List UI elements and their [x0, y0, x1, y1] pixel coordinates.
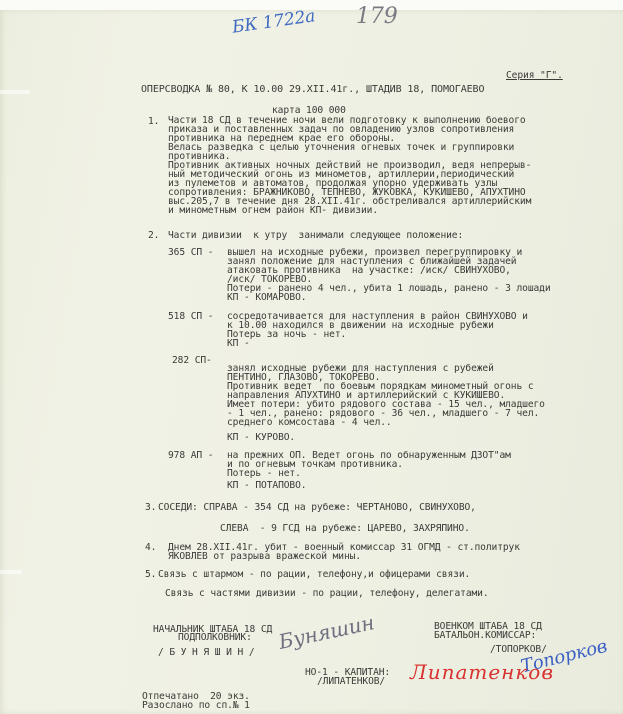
archive-mark: БК 1722а — [232, 12, 316, 33]
section-3-line-1: СОСЕДИ: СПРАВА - 354 СД на рубеже: ЧЕРТА… — [158, 503, 476, 512]
document-title: ОПЕРСВОДКА № 80, К 10.00 29.XII.41г., ШТ… — [141, 85, 484, 94]
section-5-line-2: Связь с частями дивизии - по рации, теле… — [165, 589, 489, 598]
unit-line: Потерь за ночь - нет. — [227, 330, 528, 339]
unit-365-label: 365 СП - — [168, 248, 213, 257]
section-5-number: 5. — [145, 570, 156, 579]
unit-978-label: 978 АП - — [168, 451, 213, 460]
section-1: Части 18 СД в течение ночи вели подготов… — [168, 116, 531, 215]
unit-282-label: 282 СП- — [172, 356, 212, 365]
section-3-number: 3. — [145, 503, 156, 512]
left-signatory-rank: ПОДПОЛКОВНИК: — [178, 633, 252, 642]
section-4-number: 4. — [145, 543, 156, 552]
unit-282: занял исходные рубежи для наступления с … — [227, 364, 545, 442]
section-5-line-1: Связь с штармом - по рации, телефону,и о… — [158, 570, 470, 579]
unit-line: КП - КОМАРОВО. — [227, 293, 551, 302]
section-2-number: 2. — [148, 231, 159, 240]
series-label: Серия "Г". — [506, 71, 563, 80]
section-1-line: и минометным огнем район КП- дивизии. — [168, 206, 531, 215]
section-2-intro: Части дивизии к утру занимали следующее … — [168, 231, 463, 240]
section-4: Днем 28.XII.41г. убит - военный комиссар… — [168, 543, 520, 561]
left-signatory-name: / Б У Н Я Ш И Н / — [158, 648, 255, 657]
unit-line: КП - КУРОВО. — [227, 433, 545, 442]
document: БК 1722а 179 Серия "Г". ОПЕРСВОДКА № 80,… — [0, 0, 623, 714]
unit-978: на прежних ОП. Ведет огонь по обнаруженн… — [227, 451, 511, 490]
distribution: Разослано по сп.№ 1 — [142, 701, 250, 710]
map-scale: карта 100 000 — [272, 106, 346, 115]
section-1-number: 1. — [148, 117, 159, 126]
right-signatory-rank: БАТАЛЬОН.КОМИССАР: — [434, 631, 536, 640]
unit-line: КП - — [227, 339, 528, 348]
center-signature: Липатенков — [410, 668, 554, 677]
unit-line: Потерь - нет. — [227, 469, 511, 478]
unit-518-label: 518 СП - — [168, 312, 213, 321]
section-3-line-2: СЛЕВА - 9 ГСД на рубеже: ЦАРЕВО, ЗАХРЯПИ… — [220, 524, 470, 533]
unit-365: вышел на исходные рубежи, произвел перег… — [227, 248, 551, 302]
page-number: 179 — [356, 12, 398, 21]
center-signatory-name: /ЛИПАТЕНКОВ/ — [317, 677, 385, 686]
unit-line: КП - ПОТАПОВО. — [227, 481, 511, 490]
section-4-line: ЯКОВЛЕВ от разрыва вражеской мины. — [168, 552, 520, 561]
unit-518: сосредотачивается для наступления в райо… — [227, 312, 528, 348]
unit-line: среднего комсостава - 4 чел.. — [227, 418, 545, 427]
left-signature: Буняшин — [278, 618, 375, 647]
